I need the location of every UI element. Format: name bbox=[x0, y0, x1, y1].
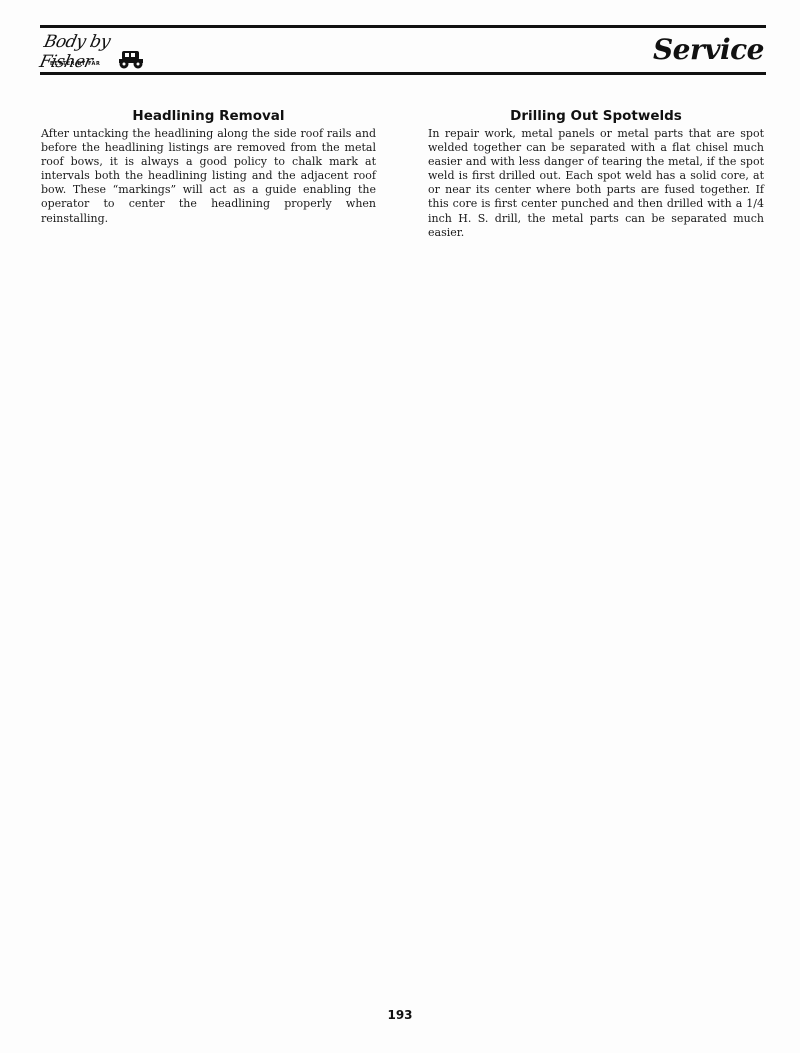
body-by-fisher-logo: Body by Fisher BETTER BY FAR bbox=[38, 32, 158, 70]
article-heading: Drilling Out Spotwelds bbox=[428, 108, 764, 124]
coach-icon bbox=[116, 49, 146, 69]
page-number: 193 bbox=[0, 1008, 800, 1022]
header-top-rule bbox=[40, 25, 766, 28]
article-headlining-removal: Headlining Removal After untacking the h… bbox=[41, 108, 376, 226]
header-bottom-rule bbox=[40, 72, 766, 75]
article-body: In repair work, metal panels or metal pa… bbox=[428, 127, 764, 240]
article-drilling-out-spotwelds: Drilling Out Spotwelds In repair work, m… bbox=[428, 108, 764, 240]
article-heading: Headlining Removal bbox=[41, 108, 376, 124]
article-body: After untacking the headlining along the… bbox=[41, 127, 376, 226]
section-title: Service bbox=[653, 33, 764, 66]
logo-tagline: BETTER BY FAR bbox=[50, 61, 100, 67]
